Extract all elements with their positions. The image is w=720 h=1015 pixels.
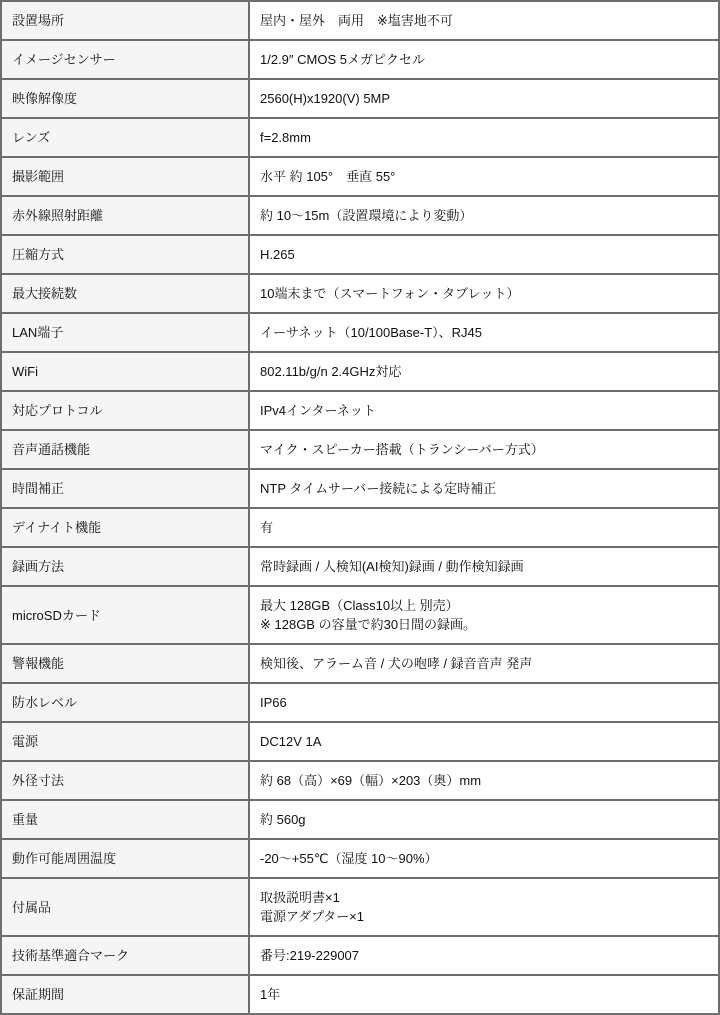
spec-value: 番号:219-229007 — [250, 937, 718, 974]
spec-value: 屋内・屋外 両用 ※塩害地不可 — [250, 2, 718, 39]
spec-value: 約 68（高）×69（幅）×203（奥）mm — [250, 762, 718, 799]
table-row: 設置場所 屋内・屋外 両用 ※塩害地不可 — [2, 2, 718, 41]
spec-label: 録画方法 — [2, 548, 250, 585]
spec-label: 外径寸法 — [2, 762, 250, 799]
spec-value-line: 約 10〜15m（設置環境により変動） — [260, 206, 708, 225]
spec-value: 2560(H)x1920(V) 5MP — [250, 80, 718, 117]
spec-label: WiFi — [2, 353, 250, 390]
spec-value: イーサネット（10/100Base-T）、RJ45 — [250, 314, 718, 351]
spec-label: 付属品 — [2, 879, 250, 935]
table-row: LAN端子 イーサネット（10/100Base-T）、RJ45 — [2, 314, 718, 353]
spec-value: 取扱説明書×1電源アダプター×1 — [250, 879, 718, 935]
table-row: レンズ f=2.8mm — [2, 119, 718, 158]
spec-label: イメージセンサー — [2, 41, 250, 78]
spec-value-line: 1年 — [260, 985, 708, 1004]
spec-value-line: 最大 128GB（Class10以上 別売） — [260, 596, 708, 615]
spec-value: 常時録画 / 人検知(AI検知)録画 / 動作検知録画 — [250, 548, 718, 585]
table-row: 映像解像度 2560(H)x1920(V) 5MP — [2, 80, 718, 119]
table-row: 最大接続数 10端末まで（スマートフォン・タブレット） — [2, 275, 718, 314]
spec-value: NTP タイムサーバー接続による定時補正 — [250, 470, 718, 507]
spec-label: 映像解像度 — [2, 80, 250, 117]
spec-value-line: NTP タイムサーバー接続による定時補正 — [260, 479, 708, 498]
spec-value-line: マイク・スピーカー搭載（トランシーバー方式） — [260, 440, 708, 459]
spec-value-line: -20〜+55℃（湿度 10〜90%） — [260, 849, 708, 868]
spec-value: マイク・スピーカー搭載（トランシーバー方式） — [250, 431, 718, 468]
table-row: 警報機能 検知後、アラーム音 / 犬の咆哮 / 録音音声 発声 — [2, 645, 718, 684]
spec-label: 赤外線照射距離 — [2, 197, 250, 234]
table-row: デイナイト機能 有 — [2, 509, 718, 548]
spec-value-line: 取扱説明書×1 — [260, 888, 708, 907]
table-row: 技術基準適合マーク 番号:219-229007 — [2, 937, 718, 976]
table-row: 音声通話機能 マイク・スピーカー搭載（トランシーバー方式） — [2, 431, 718, 470]
spec-value-line: 802.11b/g/n 2.4GHz対応 — [260, 362, 708, 381]
spec-value-line: 有 — [260, 518, 708, 537]
spec-label: 音声通話機能 — [2, 431, 250, 468]
table-row: 動作可能周囲温度 -20〜+55℃（湿度 10〜90%） — [2, 840, 718, 879]
spec-label: LAN端子 — [2, 314, 250, 351]
spec-value: DC12V 1A — [250, 723, 718, 760]
spec-value-line: 検知後、アラーム音 / 犬の咆哮 / 録音音声 発声 — [260, 654, 708, 673]
spec-value: -20〜+55℃（湿度 10〜90%） — [250, 840, 718, 877]
spec-value-line: IP66 — [260, 693, 708, 712]
table-row: 圧縮方式 H.265 — [2, 236, 718, 275]
spec-value-line: 10端末まで（スマートフォン・タブレット） — [260, 284, 708, 303]
spec-value: 802.11b/g/n 2.4GHz対応 — [250, 353, 718, 390]
spec-value-line: 約 560g — [260, 810, 708, 829]
spec-label: 時間補正 — [2, 470, 250, 507]
spec-label: 対応プロトコル — [2, 392, 250, 429]
spec-label: 重量 — [2, 801, 250, 838]
table-row: 外径寸法 約 68（高）×69（幅）×203（奥）mm — [2, 762, 718, 801]
spec-value: 約 560g — [250, 801, 718, 838]
spec-value-line: 水平 約 105° 垂直 55° — [260, 167, 708, 186]
spec-label: 設置場所 — [2, 2, 250, 39]
spec-value: f=2.8mm — [250, 119, 718, 156]
spec-label: 技術基準適合マーク — [2, 937, 250, 974]
spec-value-line: IPv4インターネット — [260, 401, 708, 420]
spec-label: 圧縮方式 — [2, 236, 250, 273]
spec-value: 約 10〜15m（設置環境により変動） — [250, 197, 718, 234]
spec-value-line: ※ 128GB の容量で約30日間の録画。 — [260, 615, 708, 634]
table-row: 重量 約 560g — [2, 801, 718, 840]
spec-label: 警報機能 — [2, 645, 250, 682]
spec-value: 最大 128GB（Class10以上 別売）※ 128GB の容量で約30日間の… — [250, 587, 718, 643]
spec-label: 動作可能周囲温度 — [2, 840, 250, 877]
spec-value: 有 — [250, 509, 718, 546]
spec-value: 水平 約 105° 垂直 55° — [250, 158, 718, 195]
spec-label: デイナイト機能 — [2, 509, 250, 546]
spec-value-line: 2560(H)x1920(V) 5MP — [260, 89, 708, 108]
table-row: 保証期間 1年 — [2, 976, 718, 1013]
table-row: microSDカード 最大 128GB（Class10以上 別売）※ 128GB… — [2, 587, 718, 645]
spec-value-line: DC12V 1A — [260, 732, 708, 751]
spec-value: 10端末まで（スマートフォン・タブレット） — [250, 275, 718, 312]
spec-value-line: 屋内・屋外 両用 ※塩害地不可 — [260, 11, 708, 30]
spec-value-line: 番号:219-229007 — [260, 946, 708, 965]
spec-value-line: イーサネット（10/100Base-T）、RJ45 — [260, 323, 708, 342]
spec-value-line: H.265 — [260, 245, 708, 264]
spec-label: 最大接続数 — [2, 275, 250, 312]
table-row: 録画方法 常時録画 / 人検知(AI検知)録画 / 動作検知録画 — [2, 548, 718, 587]
table-row: 時間補正 NTP タイムサーバー接続による定時補正 — [2, 470, 718, 509]
spec-label: 防水レベル — [2, 684, 250, 721]
spec-value: IP66 — [250, 684, 718, 721]
spec-table: 設置場所 屋内・屋外 両用 ※塩害地不可 イメージセンサー 1/2.9″ CMO… — [0, 0, 720, 1015]
table-row: 付属品 取扱説明書×1電源アダプター×1 — [2, 879, 718, 937]
spec-value: 1年 — [250, 976, 718, 1013]
table-row: 撮影範囲 水平 約 105° 垂直 55° — [2, 158, 718, 197]
table-row: 赤外線照射距離 約 10〜15m（設置環境により変動） — [2, 197, 718, 236]
spec-value: 検知後、アラーム音 / 犬の咆哮 / 録音音声 発声 — [250, 645, 718, 682]
spec-value: IPv4インターネット — [250, 392, 718, 429]
spec-label: 電源 — [2, 723, 250, 760]
spec-value-line: f=2.8mm — [260, 128, 708, 147]
spec-label: 撮影範囲 — [2, 158, 250, 195]
table-row: 防水レベル IP66 — [2, 684, 718, 723]
table-row: 電源 DC12V 1A — [2, 723, 718, 762]
spec-value-line: 約 68（高）×69（幅）×203（奥）mm — [260, 771, 708, 790]
spec-value: 1/2.9″ CMOS 5メガピクセル — [250, 41, 718, 78]
spec-value-line: 1/2.9″ CMOS 5メガピクセル — [260, 50, 708, 69]
table-row: イメージセンサー 1/2.9″ CMOS 5メガピクセル — [2, 41, 718, 80]
table-row: WiFi 802.11b/g/n 2.4GHz対応 — [2, 353, 718, 392]
spec-value: H.265 — [250, 236, 718, 273]
table-row: 対応プロトコル IPv4インターネット — [2, 392, 718, 431]
spec-value-line: 常時録画 / 人検知(AI検知)録画 / 動作検知録画 — [260, 557, 708, 576]
spec-label: レンズ — [2, 119, 250, 156]
spec-value-line: 電源アダプター×1 — [260, 907, 708, 926]
spec-label: 保証期間 — [2, 976, 250, 1013]
spec-label: microSDカード — [2, 587, 250, 643]
